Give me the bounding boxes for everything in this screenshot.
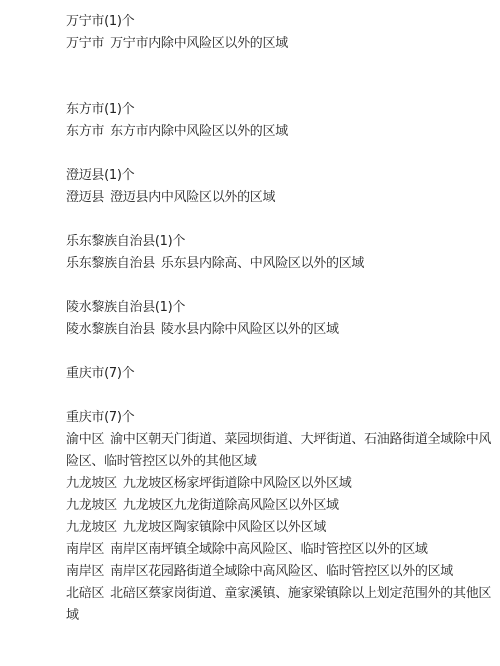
description: 九龙坡区陶家镇除中风险区以外区域 (123, 520, 326, 535)
description: 南岸区南坪镇全域除中高风险区、临时管控区以外的区域 (110, 542, 428, 557)
description: 万宁市内除中风险区以外的区域 (110, 36, 288, 51)
district: 九龙坡区 (66, 498, 117, 513)
list-item-continuation: 域 (66, 605, 496, 627)
section-heading: 重庆市(7)个 (66, 407, 496, 429)
section-heading: 陵水黎族自治县(1)个 (66, 297, 496, 319)
list-item: 万宁市万宁市内除中风险区以外的区域 (66, 33, 496, 55)
list-item: 澄迈县澄迈县内中风险区以外的区域 (66, 187, 496, 209)
description: 澄迈县内中风险区以外的区域 (110, 190, 275, 205)
description: 东方市内除中风险区以外的区域 (110, 124, 288, 139)
district: 万宁市 (66, 36, 104, 51)
description: 九龙坡区九龙街道除高风险区以外区域 (123, 498, 339, 513)
district: 南岸区 (66, 564, 104, 579)
list-item: 乐东黎族自治县乐东县内除高、中风险区以外的区域 (66, 253, 496, 275)
list-item: 九龙坡区九龙坡区九龙街道除高风险区以外区域 (66, 495, 496, 517)
district: 东方市 (66, 124, 104, 139)
list-item: 东方市东方市内除中风险区以外的区域 (66, 121, 496, 143)
description: 南岸区花园路街道全域除中高风险区、临时管控区以外的区域 (110, 564, 453, 579)
district: 渝中区 (66, 432, 104, 447)
list-item: 南岸区南岸区南坪镇全域除中高风险区、临时管控区以外的区域 (66, 539, 496, 561)
district: 九龙坡区 (66, 520, 117, 535)
description: 渝中区朝天门街道、菜园坝街道、大坪街道、石油路街道全域除中风 (110, 432, 491, 447)
section-heading: 万宁市(1)个 (66, 11, 496, 33)
list-item-continuation: 险区、临时管控区以外的其他区域 (66, 451, 496, 473)
section-heading: 澄迈县(1)个 (66, 165, 496, 187)
district: 澄迈县 (66, 190, 104, 205)
district: 乐东黎族自治县 (66, 256, 155, 271)
district: 南岸区 (66, 542, 104, 557)
section-heading: 重庆市(7)个 (66, 363, 496, 385)
section-heading: 乐东黎族自治县(1)个 (66, 231, 496, 253)
list-item: 北碚区北碚区蔡家岗街道、童家溪镇、施家梁镇除以上划定范围外的其他区 (66, 583, 496, 605)
list-item: 南岸区南岸区花园路街道全域除中高风险区、临时管控区以外的区域 (66, 561, 496, 583)
district: 北碚区 (66, 586, 104, 601)
list-item: 九龙坡区九龙坡区杨家坪街道除中风险区以外区域 (66, 473, 496, 495)
list-item: 九龙坡区九龙坡区陶家镇除中风险区以外区域 (66, 517, 496, 539)
list-item: 陵水黎族自治县陵水县内除中风险区以外的区域 (66, 319, 496, 341)
description: 九龙坡区杨家坪街道除中风险区以外区域 (123, 476, 352, 491)
description: 乐东县内除高、中风险区以外的区域 (161, 256, 364, 271)
description: 陵水县内除中风险区以外的区域 (161, 322, 339, 337)
description: 北碚区蔡家岗街道、童家溪镇、施家梁镇除以上划定范围外的其他区 (110, 586, 491, 601)
list-item: 渝中区渝中区朝天门街道、菜园坝街道、大坪街道、石油路街道全域除中风 (66, 429, 496, 451)
district: 九龙坡区 (66, 476, 117, 491)
section-heading: 东方市(1)个 (66, 99, 496, 121)
district: 陵水黎族自治县 (66, 322, 155, 337)
